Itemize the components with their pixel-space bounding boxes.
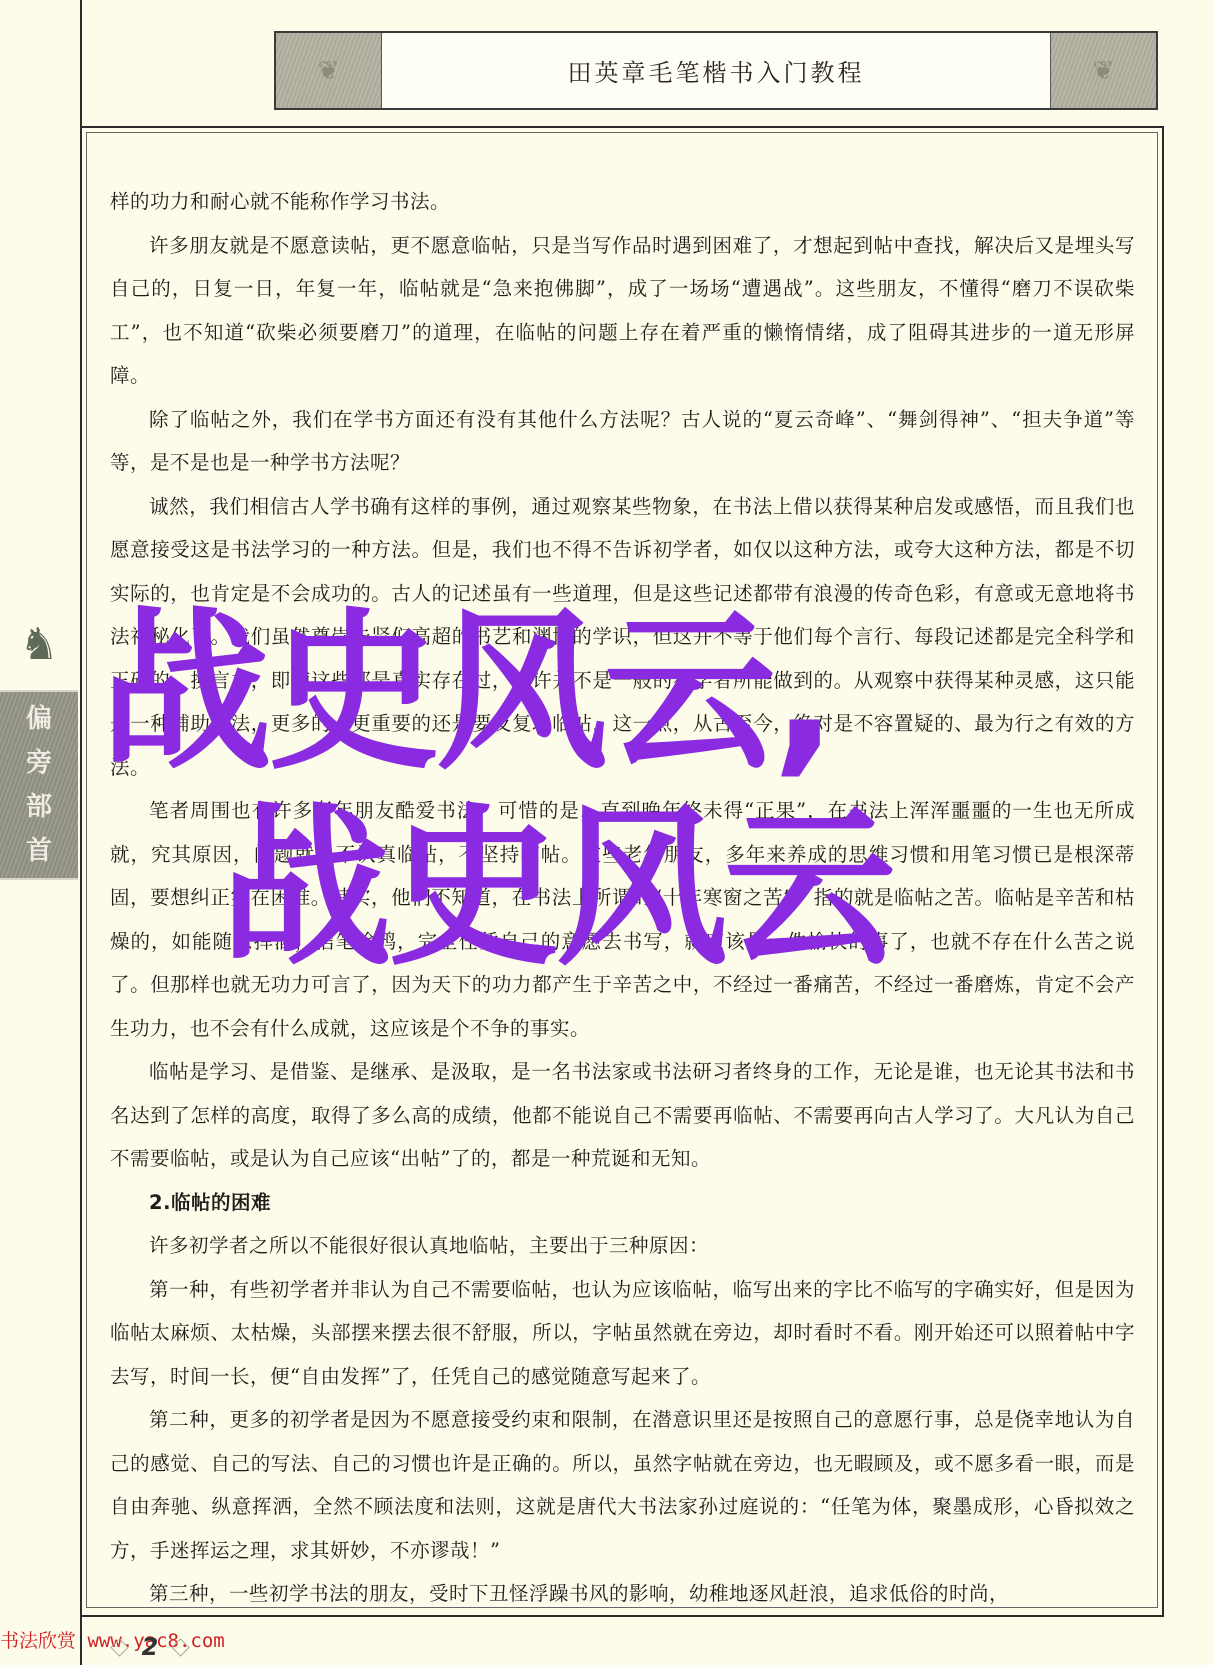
side-tab-char: 首: [26, 831, 52, 871]
paragraph: 除了临帖之外，我们在学书方面还有没有其他什么方法呢？古人说的“夏云奇峰”、“舞剑…: [110, 398, 1135, 485]
document-page: ❦ 田英章毛笔楷书入门教程 ❦ ♞ 偏 旁 部 首 样的功力和耐心就不能称作学习…: [0, 0, 1214, 1665]
side-tab-char: 偏: [26, 699, 52, 739]
paragraph: 临帖是学习、是借鉴、是继承、是汲取，是一名书法家或书法研习者终身的工作，无论是谁…: [110, 1050, 1135, 1181]
side-tab-char: 部: [26, 787, 52, 827]
paragraph: 第二种，更多的初学者是因为不愿意接受约束和限制，在潜意识里还是按照自己的意愿行事…: [110, 1398, 1135, 1572]
ink-painting-icon: ❦: [1050, 33, 1156, 108]
paragraph: 诚然，我们相信古人学书确有这样的事例，通过观察某些物象，在书法上借以获得某种启发…: [110, 485, 1135, 790]
horse-rider-icon: ♞: [0, 600, 78, 688]
site-name: 书法欣赏: [0, 1630, 76, 1652]
ink-painting-icon: ❦: [276, 33, 382, 108]
section-heading: 2.临帖的困难: [110, 1181, 1135, 1225]
diamond-ornament-icon: [172, 1638, 190, 1656]
page-number-block: 2: [100, 1630, 200, 1664]
chapter-side-tab: 偏 旁 部 首: [0, 690, 78, 880]
paragraph: 样的功力和耐心就不能称作学习书法。: [110, 180, 1135, 224]
paragraph: 许多朋友就是不愿意读帖，更不愿意临帖，只是当写作品时遇到困难了，才想起到帖中查找…: [110, 224, 1135, 398]
diamond-ornament-icon: [110, 1638, 128, 1656]
paragraph: 笔者周围也有许多老年朋友酷爱书法，可惜的是，直到晚年终未得“正果”，在书法上浑浑…: [110, 789, 1135, 1050]
body-text: 样的功力和耐心就不能称作学习书法。 许多朋友就是不愿意读帖，更不愿意临帖，只是当…: [110, 180, 1135, 1616]
paragraph: 第三种，一些初学书法的朋友，受时下丑怪浮躁书风的影响，幼稚地逐风赶浪，追求低俗的…: [110, 1572, 1135, 1616]
side-tab-char: 旁: [26, 743, 52, 783]
book-title: 田英章毛笔楷书入门教程: [382, 33, 1050, 108]
paragraph: 许多初学者之所以不能很好很认真地临帖，主要出于三种原因：: [110, 1224, 1135, 1268]
header-banner: ❦ 田英章毛笔楷书入门教程 ❦: [274, 31, 1158, 110]
page-number: 2: [142, 1633, 159, 1661]
paragraph: 第一种，有些初学者并非认为自己不需要临帖，也认为应该临帖，临写出来的字比不临写的…: [110, 1268, 1135, 1399]
